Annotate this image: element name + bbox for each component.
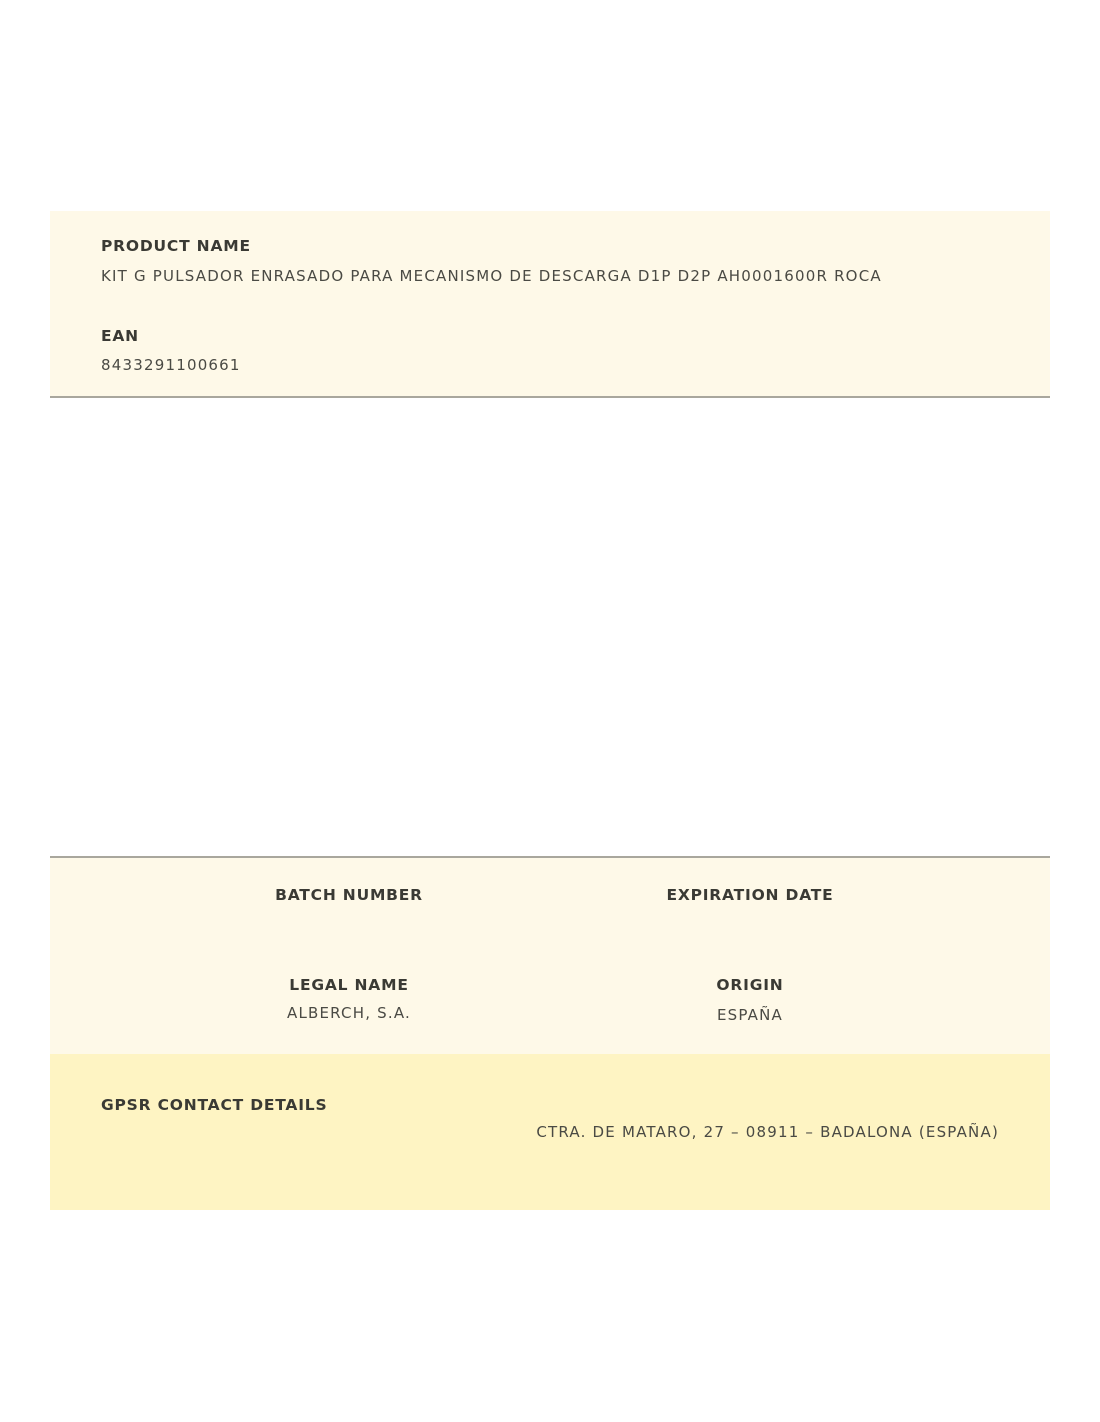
- ean-label: EAN: [101, 327, 139, 345]
- gpsr-contact-label: GPSR CONTACT DETAILS: [101, 1096, 327, 1114]
- gpsr-contact-panel: GPSR CONTACT DETAILS CTRA. DE MATARO, 27…: [50, 1054, 1050, 1210]
- product-details-panel: BATCH NUMBER EXPIRATION DATE LEGAL NAME …: [50, 856, 1050, 1056]
- legal-name-value: ALBERCH, S.A.: [287, 1004, 411, 1022]
- ean-value: 8433291100661: [101, 356, 241, 374]
- product-name-value: KIT G PULSADOR ENRASADO PARA MECANISMO D…: [101, 267, 882, 285]
- expiration-date-label: EXPIRATION DATE: [666, 886, 833, 904]
- origin-label: ORIGIN: [716, 976, 783, 994]
- product-info-panel: PRODUCT NAME KIT G PULSADOR ENRASADO PAR…: [50, 211, 1050, 398]
- batch-number-label: BATCH NUMBER: [275, 886, 423, 904]
- origin-value: ESPAÑA: [717, 1006, 783, 1024]
- legal-name-label: LEGAL NAME: [289, 976, 408, 994]
- gpsr-contact-address: CTRA. DE MATARO, 27 – 08911 – BADALONA (…: [536, 1123, 999, 1141]
- product-name-label: PRODUCT NAME: [101, 237, 251, 255]
